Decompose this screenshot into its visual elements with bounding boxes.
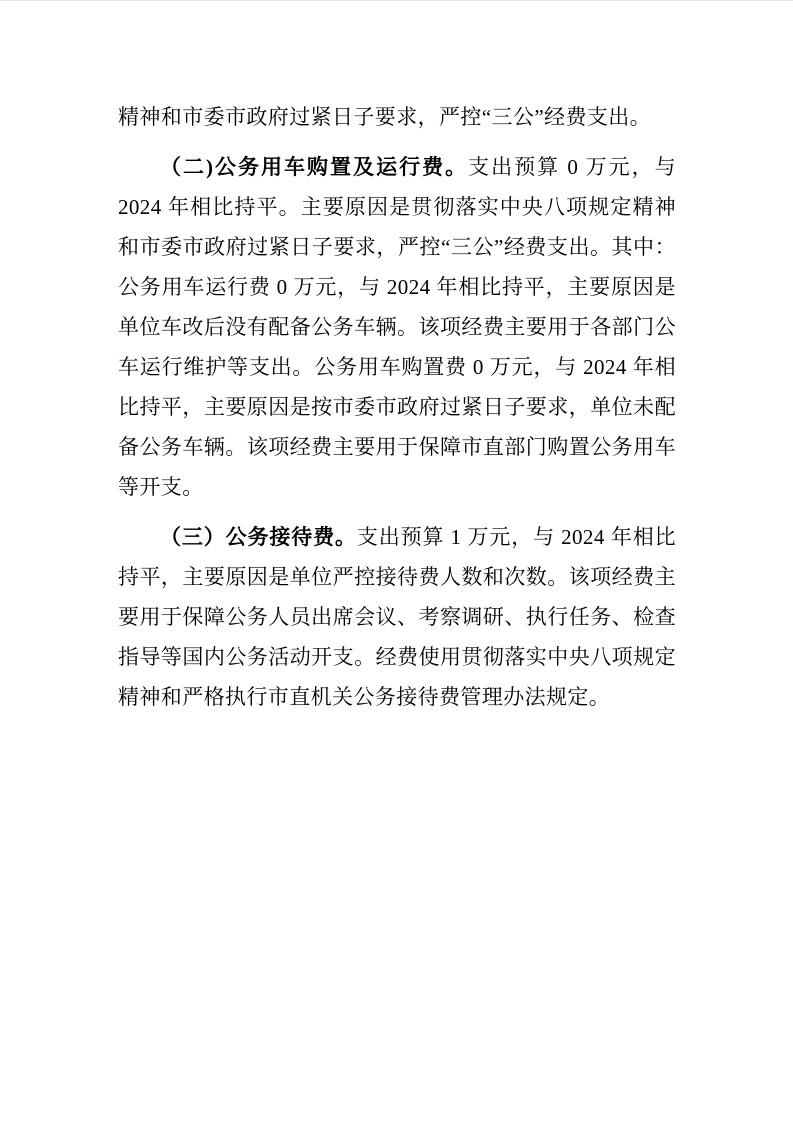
paragraph-continuation: 精神和市委市政府过紧日子要求，严控“三公”经费支出。 (118, 97, 676, 137)
paragraph-body: 支出预算 0 万元，与 2024 年相比持平。主要原因是贯彻落实中央八项规定精神… (118, 155, 676, 499)
paragraph-heading: （三）公务接待费。 (160, 525, 357, 549)
paragraph-heading: （二)公务用车购置及运行费。 (160, 155, 468, 179)
paragraph-reception-expense: （三）公务接待费。支出预算 1 万元，与 2024 年相比持平，主要原因是单位严… (118, 517, 676, 717)
paragraph-body: 精神和市委市政府过紧日子要求，严控“三公”经费支出。 (118, 105, 651, 129)
document-page: 精神和市委市政府过紧日子要求，严控“三公”经费支出。 （二)公务用车购置及运行费… (0, 0, 793, 1122)
paragraph-body: 支出预算 1 万元，与 2024 年相比持平，主要原因是单位严控接待费人数和次数… (118, 525, 676, 709)
paragraph-vehicle-expense: （二)公务用车购置及运行费。支出预算 0 万元，与 2024 年相比持平。主要原… (118, 147, 676, 507)
